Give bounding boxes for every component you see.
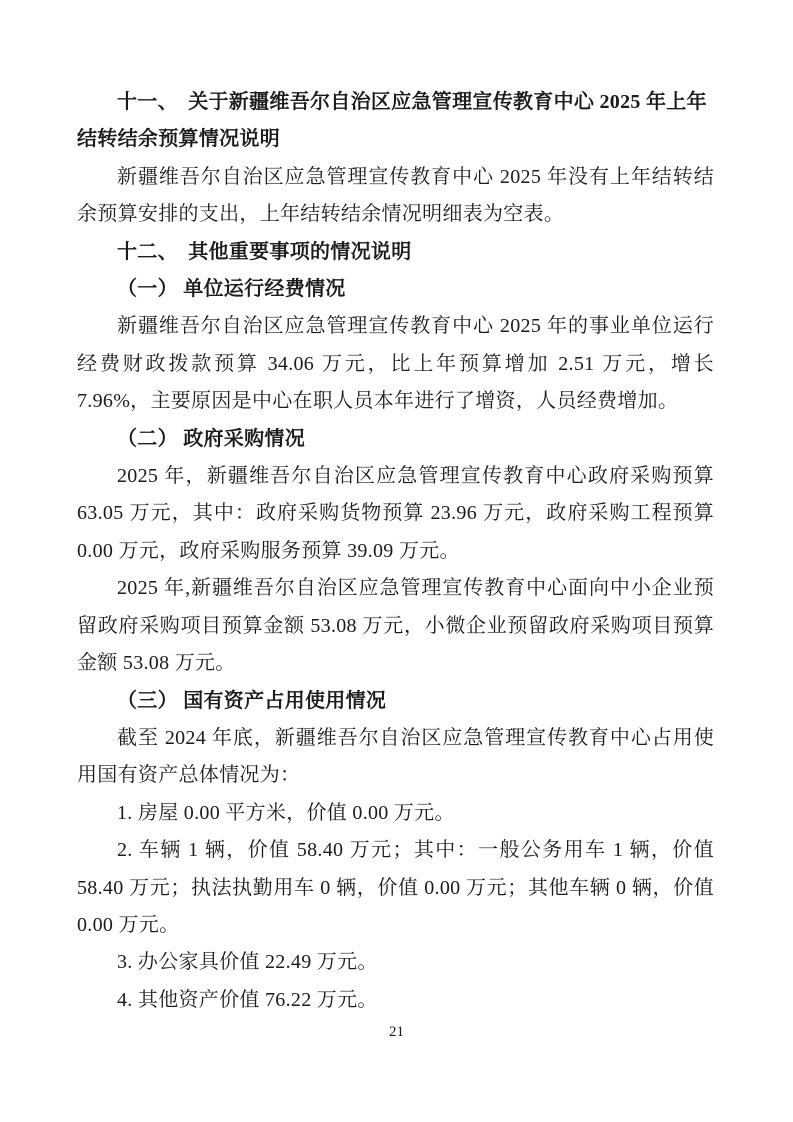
document-body: 十一、 关于新疆维吾尔自治区应急管理宣传教育中心 2025 年上年结转结余预算情… [77,84,714,1019]
document-page: 十一、 关于新疆维吾尔自治区应急管理宣传教育中心 2025 年上年结转结余预算情… [0,0,793,1122]
heading-2: （三） 国有资产占用使用情况 [77,683,714,720]
paragraph: 2025 年,新疆维吾尔自治区应急管理宣传教育中心面向中小企业预留政府采购项目预… [77,570,714,682]
paragraph: 2. 车辆 1 辆，价值 58.40 万元；其中：一般公务用车 1 辆，价值 5… [77,832,714,944]
heading-1: 十一、 关于新疆维吾尔自治区应急管理宣传教育中心 2025 年上年结转结余预算情… [77,84,714,159]
paragraph: 4. 其他资产价值 76.22 万元。 [77,982,714,1019]
heading-2: （二） 政府采购情况 [77,421,714,458]
paragraph: 截至 2024 年底，新疆维吾尔自治区应急管理宣传教育中心占用使用国有资产总体情… [77,720,714,795]
page-number: 21 [0,1022,793,1042]
paragraph: 新疆维吾尔自治区应急管理宣传教育中心 2025 年的事业单位运行经费财政拨款预算… [77,308,714,420]
paragraph: 3. 办公家具价值 22.49 万元。 [77,944,714,981]
paragraph: 2025 年，新疆维吾尔自治区应急管理宣传教育中心政府采购预算 63.05 万元… [77,458,714,570]
paragraph: 1. 房屋 0.00 平方米，价值 0.00 万元。 [77,795,714,832]
paragraph: 新疆维吾尔自治区应急管理宣传教育中心 2025 年没有上年结转结余预算安排的支出… [77,159,714,234]
heading-2: （一） 单位运行经费情况 [77,271,714,308]
heading-1: 十二、 其他重要事项的情况说明 [77,234,714,271]
